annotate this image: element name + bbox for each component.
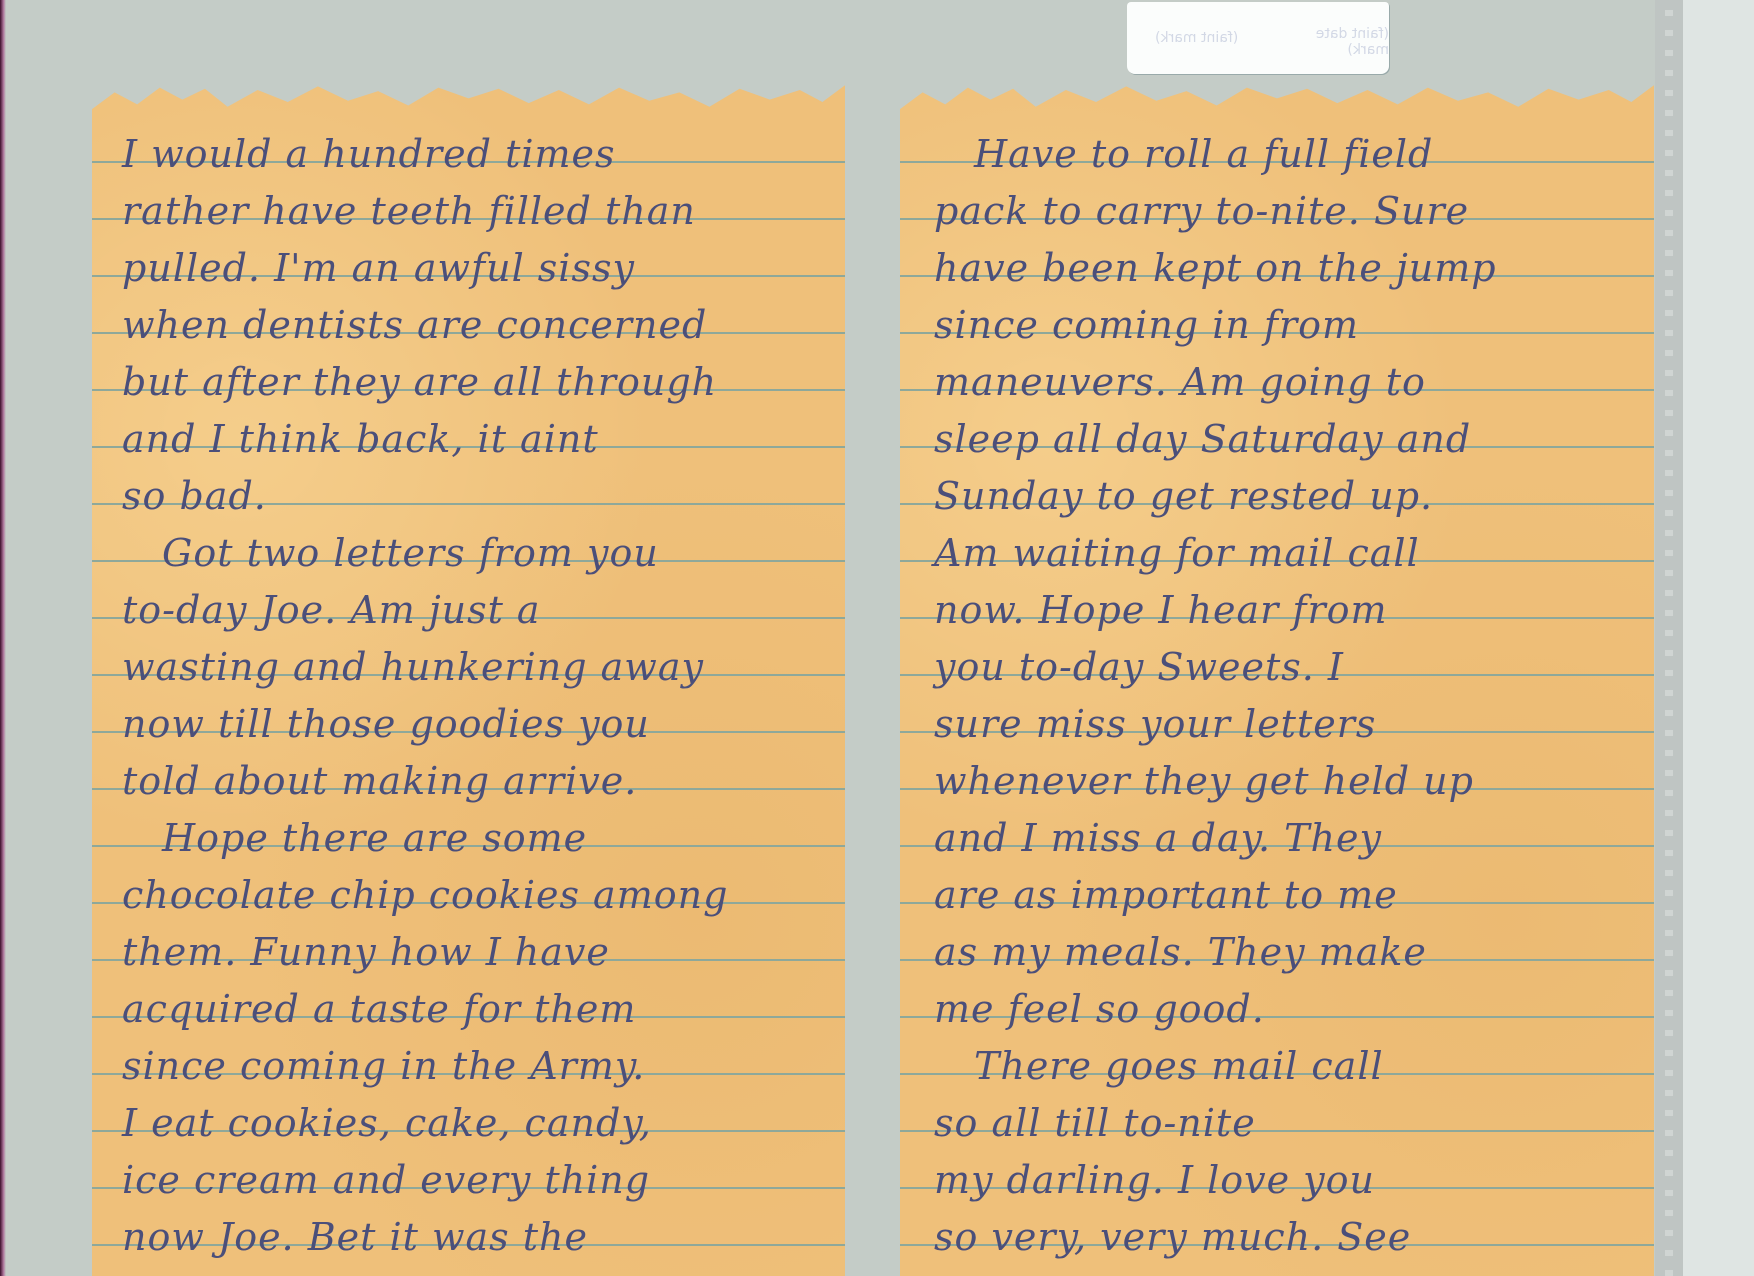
handwritten-text: Have to roll a full field pack to carry … <box>934 126 1634 1266</box>
text-line: pack to carry to-nite. Sure <box>934 183 1634 240</box>
text-line: ice cream and every thing <box>122 1152 825 1209</box>
text-line: Have to roll a full field <box>934 126 1634 183</box>
text-line: now Joe. Bet it was the <box>122 1209 825 1266</box>
text-line: but after they are all through <box>122 354 825 411</box>
text-line: so bad. <box>122 468 825 525</box>
text-line: I would a hundred times <box>122 126 825 183</box>
text-line: now till those goodies you <box>122 696 825 753</box>
text-line: told about making arrive. <box>122 753 825 810</box>
text-line: to-day Joe. Am just a <box>122 582 825 639</box>
text-line: Am waiting for mail call <box>934 525 1634 582</box>
text-line: have been kept on the jump <box>934 240 1634 297</box>
text-line: when dentists are concerned <box>122 297 825 354</box>
text-line: now. Hope I hear from <box>934 582 1634 639</box>
text-line: sure miss your letters <box>934 696 1634 753</box>
letter-page-left: I would a hundred times rather have teet… <box>92 78 845 1276</box>
label-date-mark: (faint date mark) <box>1292 26 1389 58</box>
scanner-margin <box>1683 0 1754 1276</box>
scan-edge <box>0 0 6 1276</box>
text-line: maneuvers. Am going to <box>934 354 1634 411</box>
text-line: acquired a taste for them <box>122 981 825 1038</box>
text-line: you to-day Sweets. I <box>934 639 1634 696</box>
text-line: wasting and hunkering away <box>122 639 825 696</box>
archive-label: (faint mark) (faint date mark) <box>1127 2 1389 74</box>
text-line: I eat cookies, cake, candy, <box>122 1095 825 1152</box>
text-line: since coming in from <box>934 297 1634 354</box>
text-line: my darling. I love you <box>934 1152 1634 1209</box>
handwritten-text: I would a hundred times rather have teet… <box>122 126 825 1266</box>
text-line: chocolate chip cookies among <box>122 867 825 924</box>
text-line: sleep all day Saturday and <box>934 411 1634 468</box>
letter-page-right: Have to roll a full field pack to carry … <box>900 78 1654 1276</box>
text-line: There goes mail call <box>934 1038 1634 1095</box>
text-line: me feel so good. <box>934 981 1634 1038</box>
text-line: Got two letters from you <box>122 525 825 582</box>
text-line: rather have teeth filled than <box>122 183 825 240</box>
text-line: and I miss a day. They <box>934 810 1634 867</box>
text-line: as my meals. They make <box>934 924 1634 981</box>
text-line: are as important to me <box>934 867 1634 924</box>
text-line: so all till to-nite <box>934 1095 1634 1152</box>
text-line: Hope there are some <box>122 810 825 867</box>
sleeve-perforation <box>1665 0 1673 1276</box>
text-line: and I think back, it aint <box>122 411 825 468</box>
text-line: since coming in the Army. <box>122 1038 825 1095</box>
label-mark: (faint mark) <box>1155 30 1238 46</box>
text-line: so very, very much. See <box>934 1209 1634 1266</box>
text-line: whenever they get held up <box>934 753 1634 810</box>
text-line: them. Funny how I have <box>122 924 825 981</box>
text-line: Sunday to get rested up. <box>934 468 1634 525</box>
text-line: pulled. I'm an awful sissy <box>122 240 825 297</box>
